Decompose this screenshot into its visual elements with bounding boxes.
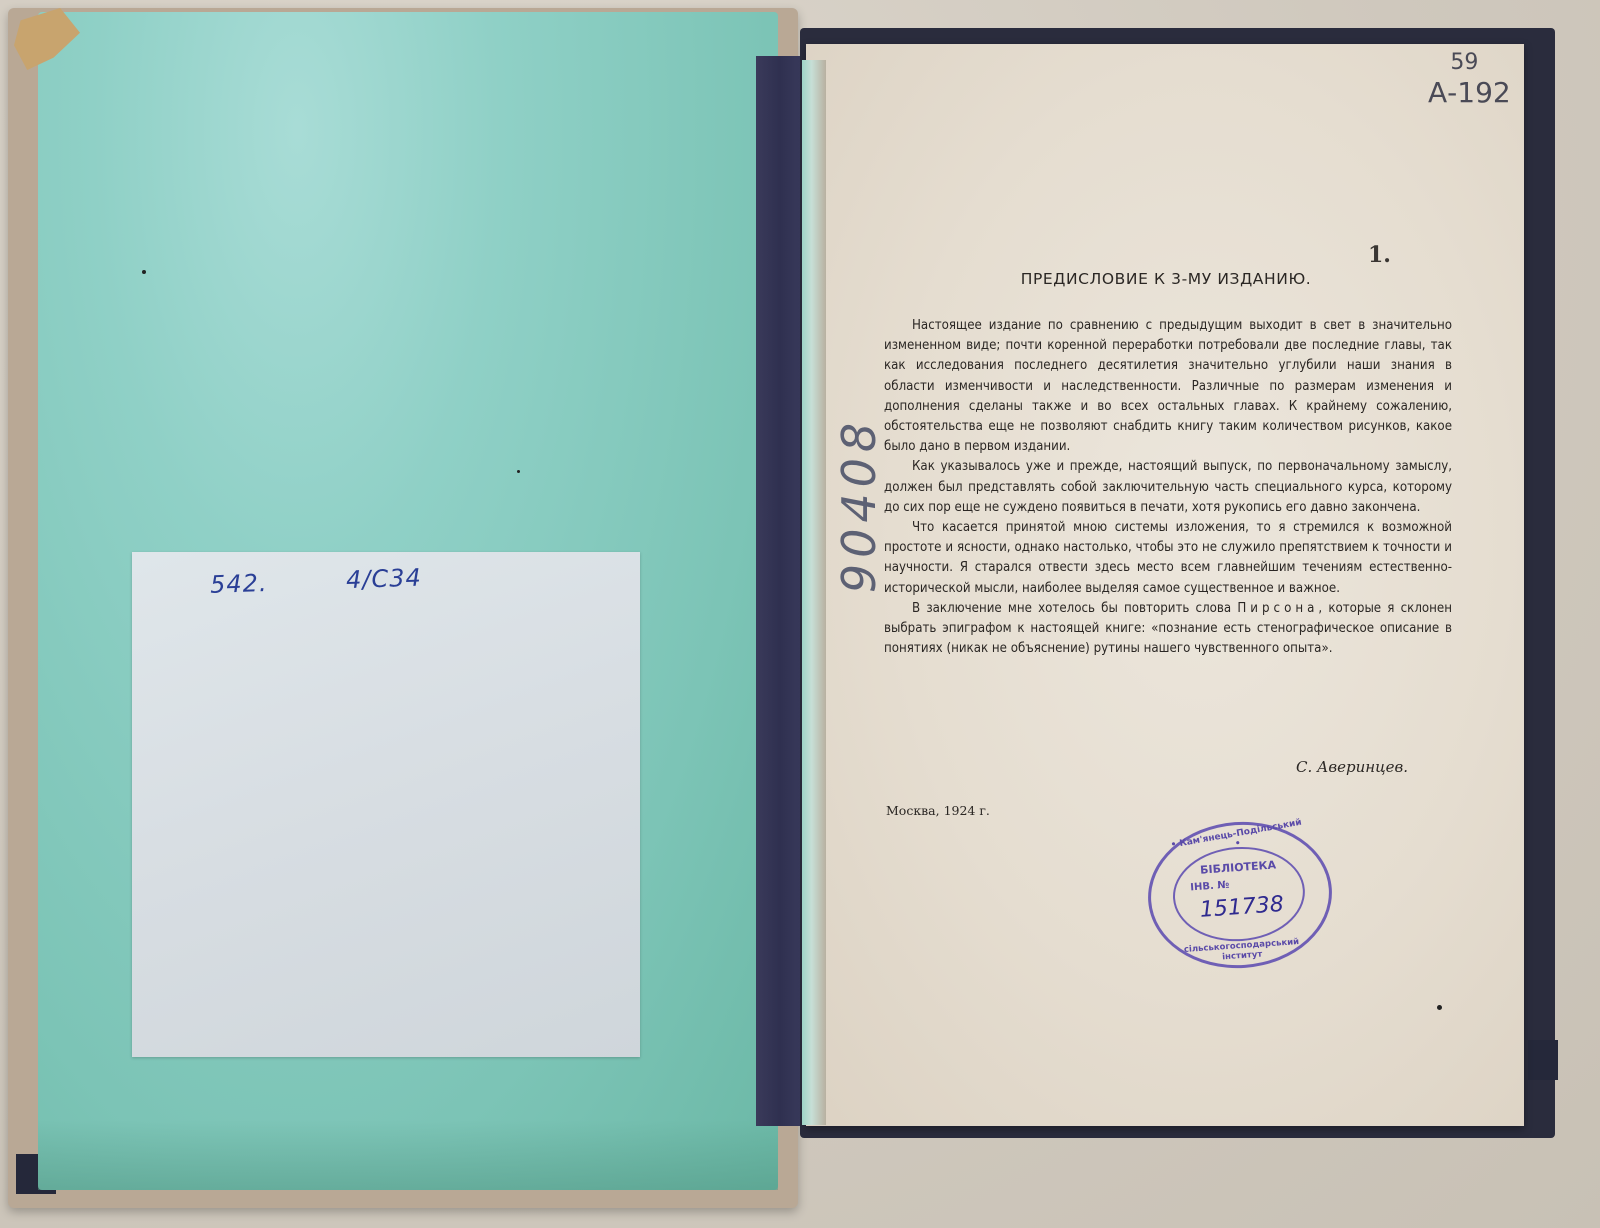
preface-title: ПРЕДИСЛОВИЕ К 3-МУ ИЗДАНИЮ. [886, 270, 1446, 288]
back-board-corner [1528, 1040, 1558, 1080]
inventory-pencil-number: 90408 [832, 415, 892, 595]
paragraph-final: В заключение мне хотелось бы повторить с… [884, 599, 1452, 660]
shelfmark-code: А-192 [1428, 76, 1511, 109]
library-label-sticker: 542. 4/С34 [132, 552, 640, 1057]
endpaper-fold-shadow [38, 1120, 778, 1190]
author-signature: С. Аверинцев. [1296, 758, 1408, 776]
book-spine-cloth [756, 56, 804, 1126]
paragraph: Как указывалось уже и прежде, настоящий … [884, 457, 1452, 518]
preface-body: Настоящее издание по сравнению с предыду… [884, 316, 1452, 659]
page-gutter-edge [802, 60, 826, 1125]
paper-speck [142, 270, 146, 274]
page-number: 1. [1368, 242, 1391, 268]
paragraph-text: В заключение мне хотелось бы повторить с… [912, 601, 1237, 616]
shelfmark-pencil: 59 А-192 [1428, 48, 1511, 108]
paragraph: Что касается принятой мною системы излож… [884, 518, 1452, 599]
label-number-right: 4/С34 [346, 564, 423, 595]
shelfmark-number: 59 [1418, 48, 1511, 78]
spaced-name-pearson: Пирсона [1237, 601, 1318, 616]
place-and-date: Москва, 1924 г. [886, 803, 990, 818]
label-number-left: 542. [210, 569, 268, 599]
paragraph: Настоящее издание по сравнению с предыду… [884, 316, 1452, 457]
label-handwriting: 542. 4/С34 [210, 561, 493, 599]
paper-speck [517, 470, 520, 473]
paper-speck [1437, 1005, 1442, 1010]
